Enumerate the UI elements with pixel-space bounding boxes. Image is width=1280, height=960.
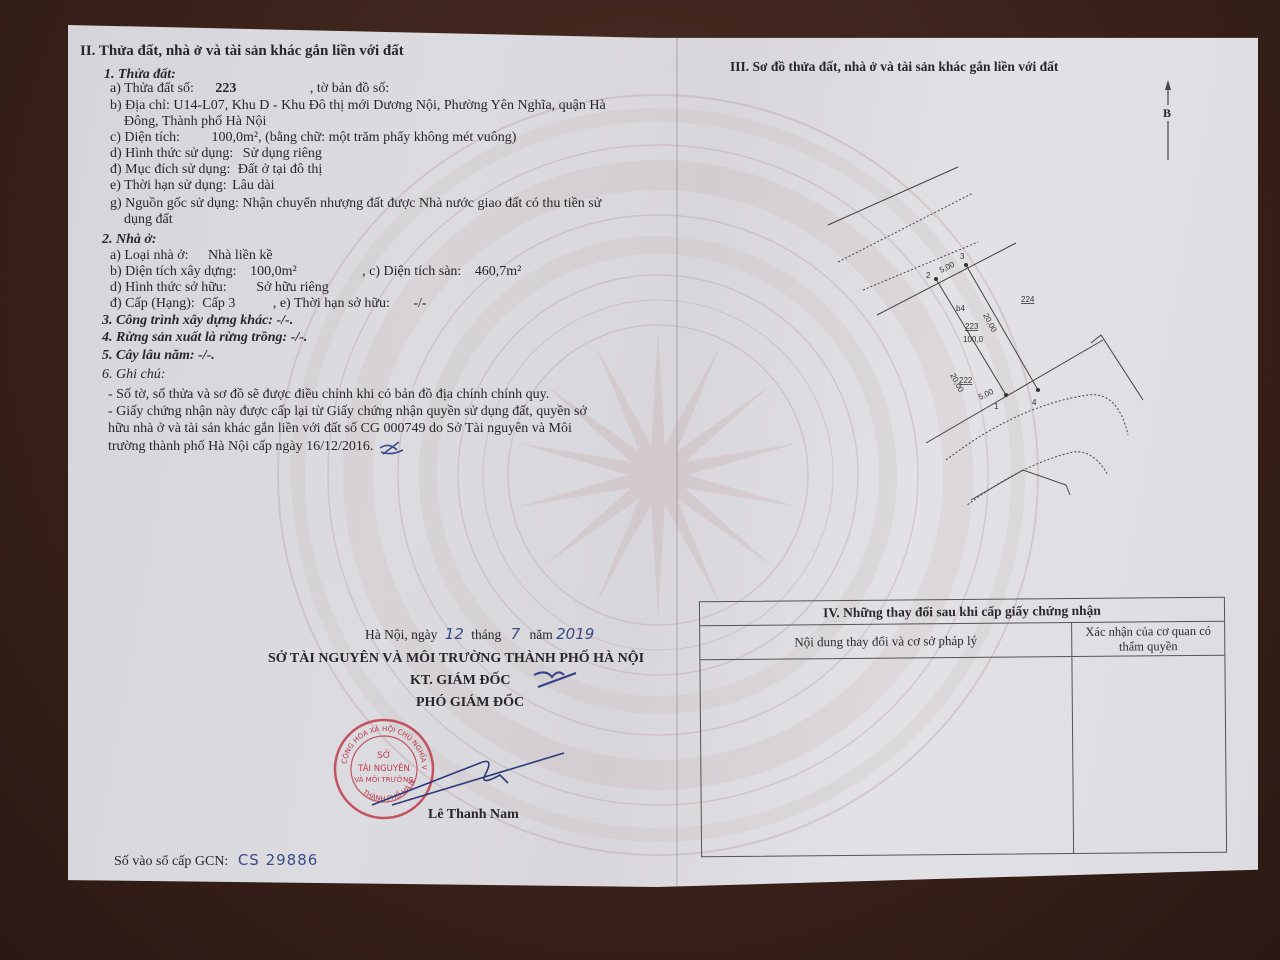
page-fold	[676, 25, 678, 887]
changes-cell	[700, 657, 1074, 856]
note-line-1: - Số tờ, số thửa và sơ đồ sẽ được điều c…	[108, 387, 549, 403]
area-row: c) Diện tích: 100,0m², (bằng chữ: một tr…	[110, 130, 516, 146]
note-line-4: trường thành phố Hà Nội cấp ngày 16/12/2…	[108, 438, 405, 456]
svg-text:222: 222	[959, 376, 973, 385]
perennial: 5. Cây lâu năm: -/-.	[102, 348, 215, 364]
parcel-diagram: 2 3 1 4 5,00 5,00 20,00 20,00 b4 223 100…	[808, 155, 1148, 505]
signer-name: Lê Thanh Nam	[428, 807, 519, 823]
build-area-row: b) Diện tích xây dựng: 100,0m² , c) Diện…	[110, 264, 521, 280]
changes-table: IV. Những thay đổi sau khi cấp giấy chứn…	[699, 597, 1227, 858]
ownership-row: d) Hình thức sở hữu: Sở hữu riêng	[110, 280, 329, 296]
svg-text:223: 223	[965, 322, 979, 331]
position-label: PHÓ GIÁM ĐỐC	[416, 695, 524, 711]
registry-number: CS 29886	[238, 851, 318, 869]
svg-text:100,0: 100,0	[963, 335, 984, 344]
svg-text:3: 3	[960, 252, 965, 261]
origin-row: g) Nguồn gốc sử dụng: Nhận chuyển nhượng…	[110, 196, 601, 212]
notes-heading: 6. Ghi chú:	[102, 367, 165, 383]
address-row: b) Địa chỉ: U14-L07, Khu D - Khu Đô thị …	[110, 98, 606, 114]
svg-text:2: 2	[926, 271, 931, 280]
parcel-number: 223	[215, 81, 236, 96]
confirmation-cell	[1072, 656, 1226, 853]
col-header-confirmation: Xác nhận của cơ quan có thẩm quyền	[1072, 622, 1224, 656]
house-heading: 2. Nhà ở:	[102, 232, 157, 248]
purpose-row: đ) Mục đích sử dụng: Đất ở tại đô thị	[110, 162, 322, 178]
registry-row: Số vào sổ cấp GCN: CS 29886	[114, 852, 318, 870]
svg-text:4: 4	[1032, 398, 1037, 407]
other-works: 3. Công trình xây dựng khác: -/-.	[102, 313, 293, 329]
grade-row: đ) Cấp (Hạng): Cấp 3 , e) Thời hạn sở hữ…	[110, 296, 427, 312]
col-header-changes: Nội dung thay đổi và cơ sở pháp lý	[700, 623, 1072, 659]
area-value: 100,0m², (bằng chữ: một trăm phẩy không …	[211, 130, 516, 145]
svg-text:5,00: 5,00	[938, 260, 956, 275]
issue-month: 7	[511, 625, 521, 643]
parcel-row: a) Thửa đất số: 223 , tờ bản đồ số:	[110, 81, 389, 97]
section-iii-title: III. Sơ đồ thửa đất, nhà ở và tài sản kh…	[730, 59, 1058, 75]
origin-line2: dụng đất	[124, 212, 173, 228]
forest: 4. Rừng sản xuất là rừng trồng: -/-.	[102, 330, 307, 346]
use-form-row: d) Hình thức sử dụng: Sử dụng riêng	[110, 146, 322, 162]
issue-date: Hà Nội, ngày 12 tháng 7 năm 2019	[365, 626, 594, 643]
address-line2: Đông, Thành phố Hà Nội	[124, 114, 266, 130]
section-ii-title: II. Thửa đất, nhà ở và tài sản khác gắn …	[80, 43, 404, 59]
north-arrow-icon	[1158, 80, 1178, 165]
certificate-paper: II. Thửa đất, nhà ở và tài sản khác gắn …	[68, 25, 1258, 887]
issue-day: 12	[445, 625, 464, 643]
term-row: e) Thời hạn sử dụng: Lâu dài	[110, 178, 274, 194]
svg-text:5,00: 5,00	[977, 387, 995, 402]
agency-name: SỞ TÀI NGUYÊN VÀ MÔI TRƯỜNG THÀNH PHỐ HÀ…	[268, 651, 644, 667]
initial-mark-icon	[377, 438, 405, 456]
svg-text:20,00: 20,00	[981, 312, 999, 334]
svg-text:224: 224	[1021, 295, 1035, 304]
address-value: U14-L07, Khu D - Khu Đô thị mới Dương Nộ…	[173, 98, 605, 113]
house-type-row: a) Loại nhà ở: Nhà liền kề	[110, 248, 273, 264]
note-line-2: - Giấy chứng nhận này được cấp lại từ Gi…	[108, 404, 587, 420]
issue-year: 2019	[556, 625, 594, 643]
signature-icon	[368, 743, 568, 813]
svg-text:1: 1	[994, 402, 999, 411]
on-behalf-label: KT. GIÁM ĐỐC	[410, 673, 510, 689]
svg-text:b4: b4	[956, 304, 965, 313]
note-line-3: hữu nhà ở và tài sản khác gắn liền với đ…	[108, 421, 572, 437]
north-label: B	[1163, 105, 1171, 121]
initial-mark-icon	[532, 665, 582, 693]
